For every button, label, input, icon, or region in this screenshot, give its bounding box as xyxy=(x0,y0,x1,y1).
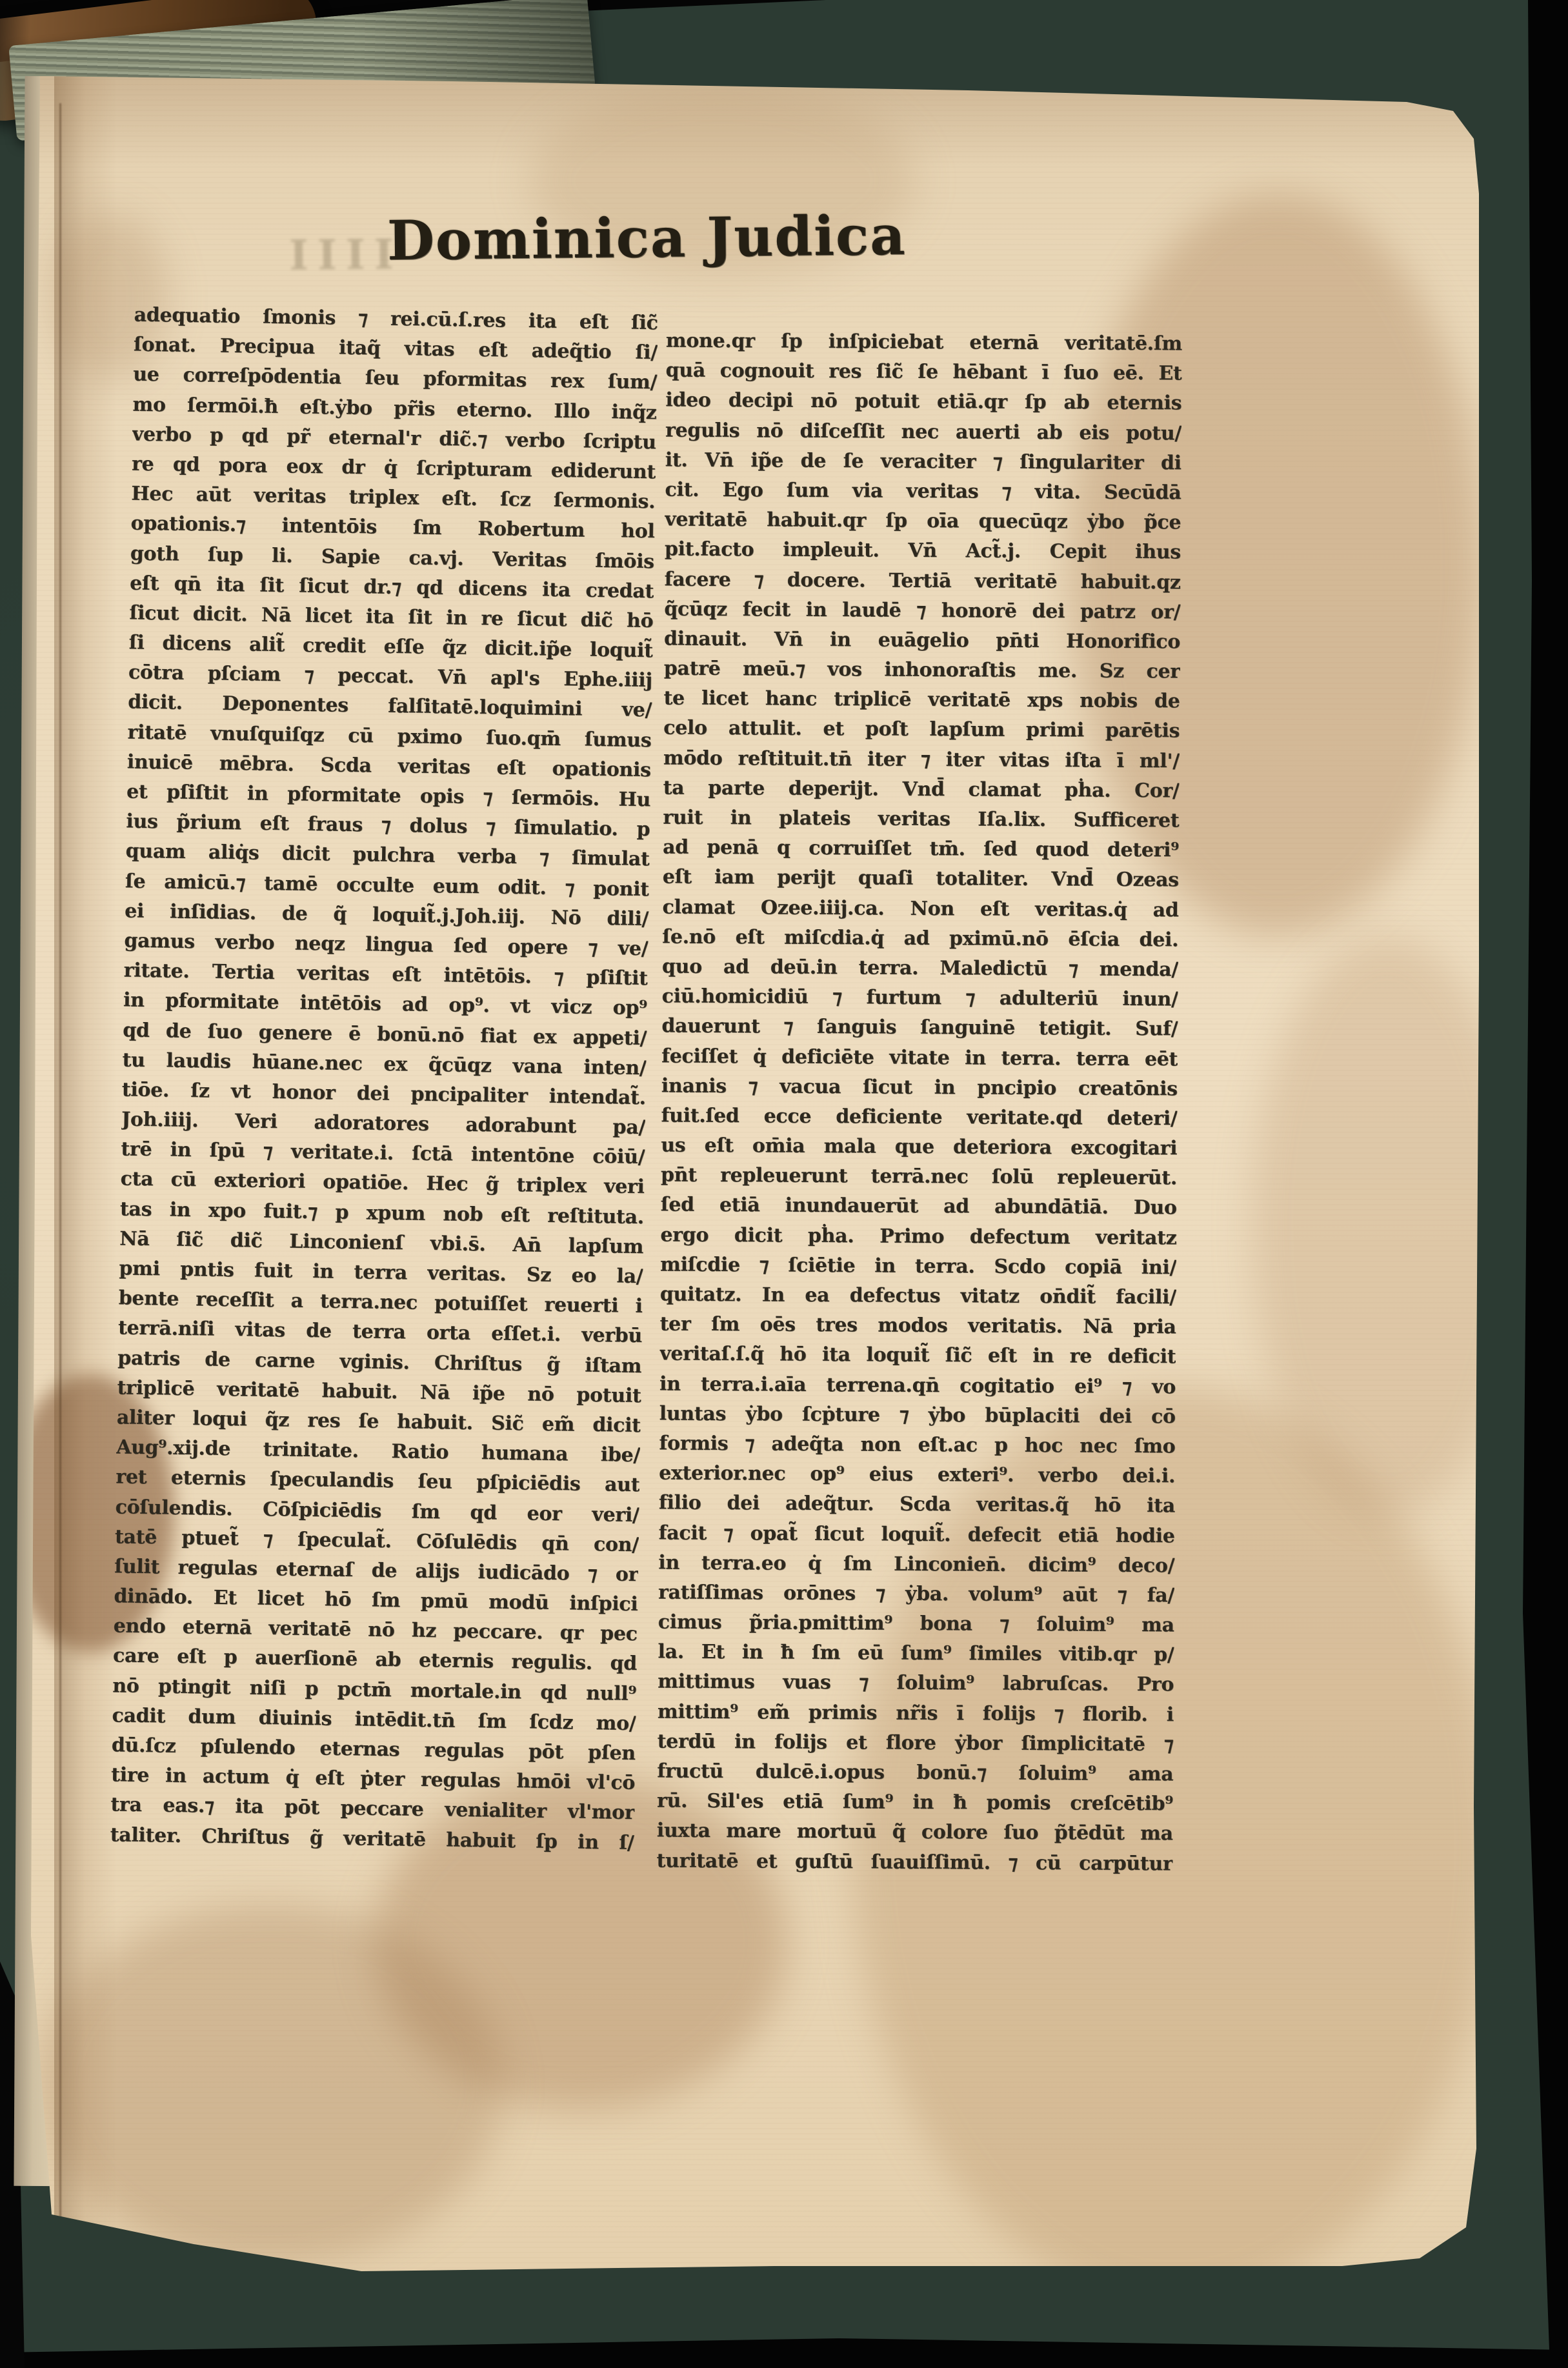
text-line: quā cognouit res ſic̃ ſe hēbant ī ſuo eē… xyxy=(665,356,1181,389)
text-line: eſt iam perijt quaſi totaliter. Vnd̄ Oze… xyxy=(663,863,1179,896)
text-line: ruit in plateis veritas Iſa.lix. Suffice… xyxy=(663,803,1179,836)
text-line: filio dei adeq̃tur. Scda veritas.q̃ hō i… xyxy=(659,1489,1175,1521)
text-line: quitatz. In ea defectus vitatz on̄dit̃ f… xyxy=(660,1280,1176,1313)
text-line: facit ⁊ opat̃ ſicut loquit̃. defecit eti… xyxy=(658,1518,1174,1551)
text-line: facere ⁊ docere. Tertiā veritatē habuit.… xyxy=(664,565,1180,597)
text-column-right: mone.qr ſp inſpiciebat eternā veritatē.ſ… xyxy=(656,326,1182,1880)
text-line: cimus p̃ria.pmittim⁹ bona ⁊ ſoluim⁹ ma xyxy=(658,1608,1174,1641)
text-line: rū. Sil'es etiā ſum⁹ in ħ pomis creſcēti… xyxy=(657,1787,1173,1820)
text-line: turitatē et guſtū ſuauiſſimū. ⁊ cū carpū… xyxy=(656,1846,1172,1879)
text-line: clamat Ozee.iiij.ca. Non eſt veritas.q̇ … xyxy=(662,892,1178,925)
text-line: iuxta mare mortuū q̃ colore ſuo p̃tēdūt … xyxy=(657,1816,1173,1849)
text-line: mone.qr ſp inſpiciebat eternā veritatē.ſ… xyxy=(666,326,1182,359)
text-line: patrē meū.⁊ vos inhonoraſtis me. Sz cer xyxy=(664,654,1180,687)
text-line: ſed etiā inundauerūt ad abundātiā. Duo xyxy=(661,1190,1177,1223)
bleedthrough-folio-numeral: IIII xyxy=(289,230,403,280)
text-line: fuit.ſed ecce deficiente veritate.qd det… xyxy=(661,1101,1177,1134)
text-line: it. Vn̄ ip̃e de ſe veraciter ⁊ ſingulari… xyxy=(665,445,1181,478)
text-line: ideo decipi nō potuit etiā.qr ſp ab eter… xyxy=(665,386,1181,419)
text-line: in terra.i.aīa terrena.qn̄ cogitatio ei⁹… xyxy=(659,1369,1176,1402)
text-line: q̃cūqz fecit in laudē ⁊ honorē dei patrz… xyxy=(664,594,1180,627)
text-line: exterior.nec op⁹ eius exteri⁹. verbo dei… xyxy=(659,1459,1175,1492)
text-line: ergo dicit pḣa. Primo defectum veritatz xyxy=(660,1220,1176,1253)
text-line: in terra.eo q̇ ſm Linconien̄. dicim⁹ dec… xyxy=(658,1548,1174,1581)
text-line: dauerunt ⁊ ſanguis ſanguinē tetigit. Suf… xyxy=(661,1012,1178,1045)
text-line: dinauit. Vn̄ in euāgelio pn̄ti Honorific… xyxy=(664,624,1180,657)
text-line: mittim⁹ em̃ primis nr̃is ī folijs ⁊ flor… xyxy=(658,1697,1174,1730)
text-line: formis ⁊ adeq̃ta non eſt.ac p hoc nec ſm… xyxy=(659,1429,1175,1461)
page-title: Dominica Judica xyxy=(387,202,1020,272)
text-line: veritaſ.ſ.q̃ hō ita loquit̃ ſic̃ eſt in … xyxy=(659,1340,1176,1372)
text-line: mōdo reſtituit.tn̄ iter ⁊ iter vitas iſt… xyxy=(663,743,1180,776)
text-line: luntas ẏbo ſcṗture ⁊ ẏbo būplaciti dei c… xyxy=(659,1399,1176,1432)
text-line: quo ad deū.in terra. Maledictū ⁊ menda/ xyxy=(662,952,1178,985)
text-line: mittimus vuas ⁊ ſoluim⁹ labruſcas. Pro xyxy=(658,1667,1174,1700)
text-line: ſe.nō eſt miſcdia.q̇ ad pximū.nō ēſcia d… xyxy=(662,922,1178,955)
text-line: regulis nō diſceſſit nec auerti ab eis p… xyxy=(665,416,1181,448)
text-line: us eſt om̄ia mala que deteriora excogita… xyxy=(661,1131,1177,1164)
text-line: veritatē habuit.qr ſp oīa quecūqz ẏbo p̃… xyxy=(665,505,1181,538)
text-line: ta parte deperijt. Vnd̄ clamat pḣa. Cor/ xyxy=(663,773,1179,806)
text-line: pit.facto impleuit. Vn̄ Act̃.j. Cepit ih… xyxy=(665,535,1181,568)
text-line: ter ſm oēs tres modos veritatis. Nā pria xyxy=(659,1310,1176,1343)
text-column-left: adequatio ſmonis ⁊ rei.cū.ſ.res ita eſt … xyxy=(110,301,658,1858)
text-line: ad penā q corruiſſet tm̄. ſed quod deter… xyxy=(663,833,1179,866)
text-line: ratiſſimas orōnes ⁊ ẏba. volum⁹ aūt ⁊ fa… xyxy=(658,1578,1174,1610)
text-line: fructū dulcē.i.opus bonū.⁊ ſoluim⁹ ama xyxy=(657,1757,1173,1790)
text-line: pn̄t repleuerunt terrā.nec ſolū repleuer… xyxy=(661,1161,1177,1194)
text-line: miſcdie ⁊ ſciētie in terra. Scdo copiā i… xyxy=(660,1250,1176,1283)
text-line: inanis ⁊ vacua ſicut in pncipio creatōni… xyxy=(661,1071,1178,1104)
text-line: terdū in folijs et flore ẏbor ſimplicita… xyxy=(657,1727,1173,1760)
gutter-crease-line xyxy=(59,103,61,2233)
text-line: te licet hanc triplicē veritatē xps nobi… xyxy=(663,684,1180,717)
text-line: feciſſet q̇ deficiēte vitate in terra. t… xyxy=(661,1041,1178,1074)
text-line: la. Et in ħ ſm eū ſum⁹ ſimiles vitib.qr … xyxy=(658,1638,1174,1671)
book-page: IIII Dominica Judica adequatio ſmonis ⁊ … xyxy=(26,65,1479,2274)
text-line: cit. Ego ſum via veritas ⁊ vita. Secūdā xyxy=(665,475,1181,508)
screenshot-root: { "book_photo": { "header": { "title": "… xyxy=(0,0,1568,2368)
text-line: ciū.homicidiū ⁊ furtum ⁊ adulteriū inun/ xyxy=(662,982,1178,1015)
text-line: celo attulit. et poſt lapſum primi parēt… xyxy=(663,714,1180,747)
